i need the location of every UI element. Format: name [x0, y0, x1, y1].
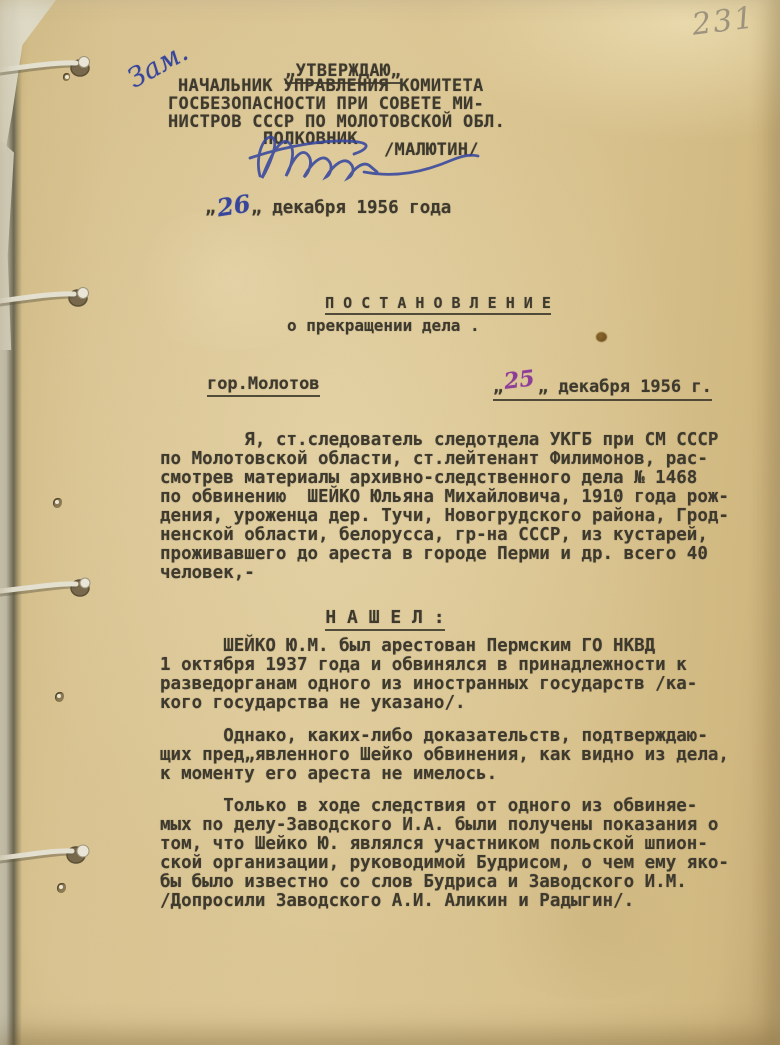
- date-line: „25„ декабря 1956 г.: [452, 352, 712, 421]
- binding-thread: [0, 278, 104, 316]
- org-line-2: ГОСБЕЗОПАСНОСТИ ПРИ СОВЕТЕ МИ-: [168, 95, 484, 113]
- approval-date-line: „26„ декабря 1956 года: [163, 170, 451, 239]
- handwritten-day-26: 26: [215, 189, 253, 223]
- paragraph-arrest: ШЕЙКО Ю.М. был арестован Пермским ГО НКВ…: [160, 637, 750, 713]
- document-subtitle: о прекращении дела .: [287, 316, 480, 335]
- date-line-underlined: „25„ декабря 1956 г.: [493, 372, 712, 401]
- quote-close: „: [251, 198, 262, 218]
- approval-date-rest: декабря 1956 года: [262, 198, 452, 218]
- date-rest: декабря 1956 г.: [548, 377, 712, 397]
- org-line-1: НАЧАЛЬНИК УПРАВЛЕНИЯ КОМИТЕТА: [178, 77, 484, 95]
- quote-open: „: [493, 377, 503, 397]
- quote-close: „: [538, 377, 548, 397]
- paper-hole: [53, 498, 62, 508]
- binding-thread: [0, 834, 104, 872]
- place-text: гор.Молотов: [207, 374, 320, 397]
- binding-thread: [0, 569, 104, 607]
- place-line: гор.Молотов: [166, 354, 320, 414]
- paper-hole: [55, 692, 64, 702]
- paragraph-intro: Я, ст.следователь следотдела УКГБ при СМ…: [160, 431, 750, 583]
- ink-fleck: [596, 332, 607, 342]
- paper-hole: [57, 883, 66, 893]
- paragraph-testimony: Только в ходе следствия от одного из обв…: [160, 797, 750, 911]
- binding-thread: [0, 48, 104, 86]
- paragraph-no-evidence: Однако, каких-либо доказательств, подтве…: [160, 727, 750, 784]
- page-number: 231: [690, 0, 757, 42]
- document-title-text: П О С Т А Н О В Л Е Н И Е: [325, 294, 551, 315]
- handwritten-day-25: 25: [503, 365, 537, 395]
- scanned-document-page: 231 Зам. „УТВЕРЖДАЮ„ НАЧАЛЬНИК УПРАВЛЕНИ…: [0, 0, 780, 1045]
- found-heading-text: Н А Ш Е Л :: [325, 607, 444, 631]
- quote-open: „: [205, 198, 216, 218]
